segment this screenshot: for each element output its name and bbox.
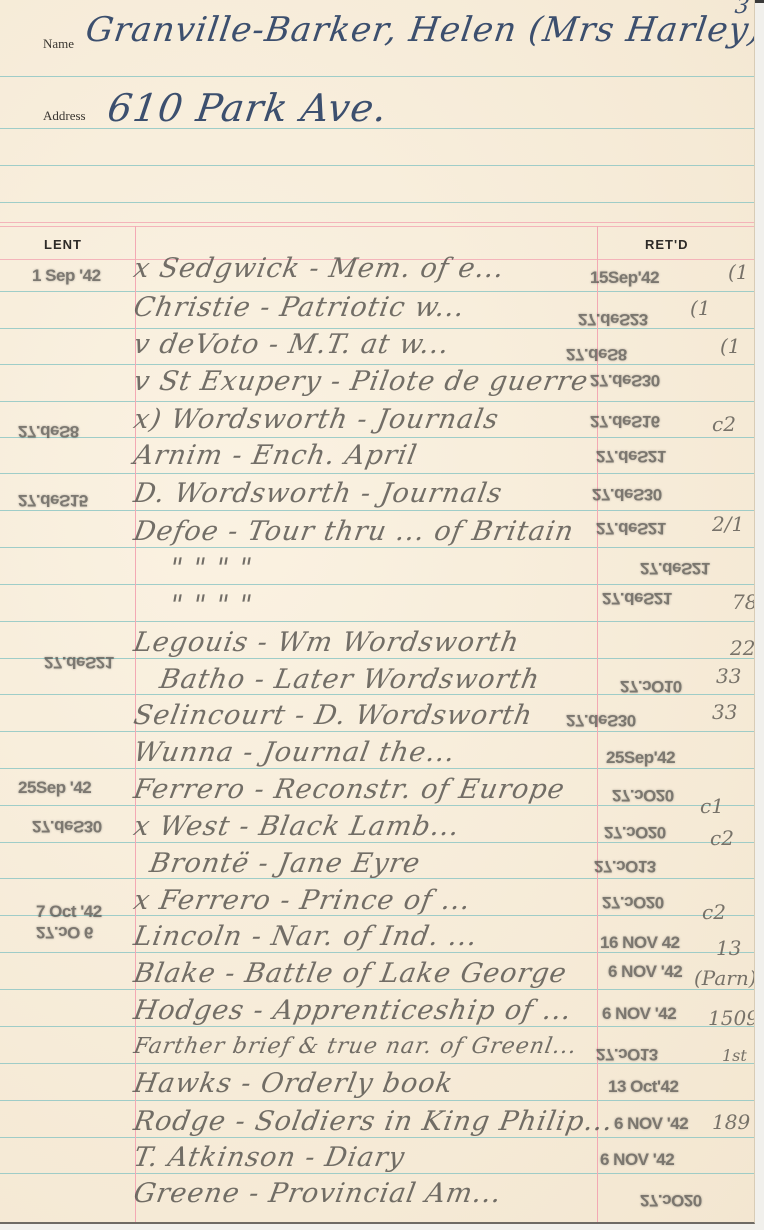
lent-date-stamp: 27.deS30 xyxy=(32,816,102,836)
header-pink-rule xyxy=(0,226,754,227)
margin-note: 13 xyxy=(716,936,741,960)
returned-date-stamp: 27.ɔO13 xyxy=(594,856,656,876)
returned-date-stamp: 27.deS23 xyxy=(578,309,648,329)
margin-note: (1 xyxy=(720,334,741,358)
returned-date-stamp: 27.deS16 xyxy=(590,411,660,431)
rule-line xyxy=(0,473,754,474)
returned-date-stamp: 27.deS30 xyxy=(566,710,636,730)
rule-line xyxy=(0,1137,754,1138)
rule-line xyxy=(0,202,754,203)
margin-note: 1st xyxy=(722,1046,747,1065)
rule-line xyxy=(0,76,754,77)
loan-entry-ditto: " " " " xyxy=(167,553,642,584)
lent-date-stamp: 1 Sep '42 xyxy=(32,266,101,286)
margin-note: c2 xyxy=(712,412,736,436)
rule-line xyxy=(0,842,754,843)
returned-date-stamp: 27.ɔO20 xyxy=(604,822,666,842)
loan-entry: Ferrero - Reconstr. of Europe xyxy=(131,774,606,805)
returned-date-stamp: 6 NOV '42 xyxy=(602,1004,676,1024)
loan-entry: Blake - Battle of Lake George xyxy=(131,958,606,989)
returned-date-stamp: 27.deS21 xyxy=(596,518,666,538)
lent-date-stamp: 25Sep '42 xyxy=(18,778,91,798)
rule-line xyxy=(0,584,754,585)
returned-date-stamp: 27.deS30 xyxy=(592,484,662,504)
returned-date-stamp: 6 NOV '42 xyxy=(614,1114,688,1134)
rule-line xyxy=(0,731,754,732)
lent-date-stamp: 27.deS21 xyxy=(44,652,114,672)
address-value: 610 Park Ave. xyxy=(105,86,391,130)
loan-entry: Batho - Later Wordsworth xyxy=(157,664,632,695)
returned-date-stamp: 27.deS21 xyxy=(640,558,710,578)
loan-entry: v deVoto - M.T. at w... xyxy=(131,329,606,360)
address-label: Address xyxy=(43,108,86,124)
rule-line xyxy=(0,364,754,365)
returned-date-stamp: 16 NOV 42 xyxy=(600,933,680,953)
margin-note: 1509 xyxy=(708,1006,755,1030)
loan-entry: Hawks - Orderly book xyxy=(131,1068,606,1099)
returned-date-stamp: 27.ɔO20 xyxy=(640,1190,702,1210)
library-circulation-card: Name Granville-Barker, Helen (Mrs Harley… xyxy=(0,0,755,1224)
lent-date-stamp: 7 Oct '42 xyxy=(36,902,102,922)
returned-date-stamp: 6 NOV '42 xyxy=(608,962,682,982)
loan-entry: Christie - Patriotic w... xyxy=(131,292,606,323)
loan-entry: Selincourt - D. Wordsworth xyxy=(131,700,606,731)
rule-line xyxy=(0,621,754,622)
margin-note: 189 xyxy=(712,1110,750,1134)
returned-date-stamp: 25Sep'42 xyxy=(606,748,675,768)
returned-date-stamp: 27.ɔO20 xyxy=(612,785,674,805)
returned-date-stamp: 15Sep'42 xyxy=(590,268,659,288)
lent-date-stamp: 27.deS15 xyxy=(18,490,88,510)
lent-column-header: LENT xyxy=(44,237,82,252)
rule-line xyxy=(0,401,754,402)
returned-date-stamp: 27.ɔO13 xyxy=(596,1044,658,1064)
header-pink-rule xyxy=(0,222,754,223)
lent-date-stamp: 27.deS8 xyxy=(18,421,79,441)
loan-entry: Greene - Provincial Am... xyxy=(131,1178,606,1209)
rule-line xyxy=(0,547,754,548)
rule-line xyxy=(0,1100,754,1101)
margin-note: 22 xyxy=(730,636,755,660)
loan-entry: T. Atkinson - Diary xyxy=(131,1142,606,1173)
returned-date-stamp: 27.ɔO20 xyxy=(602,892,664,912)
rule-line xyxy=(0,768,754,769)
rule-line xyxy=(0,437,754,438)
rule-line xyxy=(0,1173,754,1174)
rule-line xyxy=(0,510,754,511)
margin-note: (Parn) xyxy=(694,966,755,990)
loan-entry: x) Wordsworth - Journals xyxy=(131,404,606,435)
lent-date-stamp: 27.ɔO 6 xyxy=(36,922,93,942)
loan-entry: x Sedgwick - Mem. of e... xyxy=(131,253,606,284)
rule-line xyxy=(0,1026,754,1027)
margin-note: (1 xyxy=(728,260,749,284)
name-label: Name xyxy=(43,36,74,52)
name-value: Granville-Barker, Helen (Mrs Harley) xyxy=(83,10,755,50)
margin-note: c2 xyxy=(702,900,726,924)
returned-date-stamp: 27.ɔO10 xyxy=(620,676,682,696)
margin-note: c2 xyxy=(710,826,734,850)
rule-line xyxy=(0,805,754,806)
loan-entry: Defoe - Tour thru ... of Britain xyxy=(131,516,606,547)
rule-line xyxy=(0,165,754,166)
loan-entry: Legouis - Wm Wordsworth xyxy=(131,627,606,658)
loan-entry: v St Exupery - Pilote de guerre xyxy=(131,366,606,397)
margin-note: c1 xyxy=(700,794,724,818)
returned-date-stamp: 6 NOV '42 xyxy=(600,1150,674,1170)
loan-entry: x West - Black Lamb... xyxy=(131,811,606,842)
loan-entry: x Ferrero - Prince of ... xyxy=(131,885,606,916)
loan-entry: Arnim - Ench. April xyxy=(131,440,606,471)
margin-note: 33 xyxy=(712,700,737,724)
loan-entry: D. Wordsworth - Journals xyxy=(131,478,606,509)
margin-note: (1 xyxy=(690,296,711,320)
loan-entry: Rodge - Soldiers in King Philip... xyxy=(131,1106,606,1137)
margin-note: 2/1 xyxy=(712,512,744,536)
loan-entry: Lincoln - Nar. of Ind. ... xyxy=(131,921,606,952)
returned-date-stamp: 27.deS8 xyxy=(566,344,627,364)
rule-line xyxy=(0,989,754,990)
loan-entry: Hodges - Apprenticeship of ... xyxy=(131,995,606,1026)
margin-note: 33 xyxy=(716,664,741,688)
returned-date-stamp: 27.deS30 xyxy=(590,370,660,390)
loan-entry: Wunna - Journal the... xyxy=(131,737,606,768)
loan-entry: Farther brief & true nar. of Greenl... xyxy=(132,1034,606,1059)
returned-date-stamp: 13 Oct'42 xyxy=(608,1077,678,1097)
loan-entry-ditto: " " " " xyxy=(167,590,642,621)
returned-date-stamp: 27.deS21 xyxy=(602,588,672,608)
margin-note: 78 xyxy=(732,590,755,614)
loan-entry: Brontë - Jane Eyre xyxy=(147,848,622,879)
returned-column-header: RET'D xyxy=(645,237,688,252)
returned-date-stamp: 27.deS21 xyxy=(596,446,666,466)
